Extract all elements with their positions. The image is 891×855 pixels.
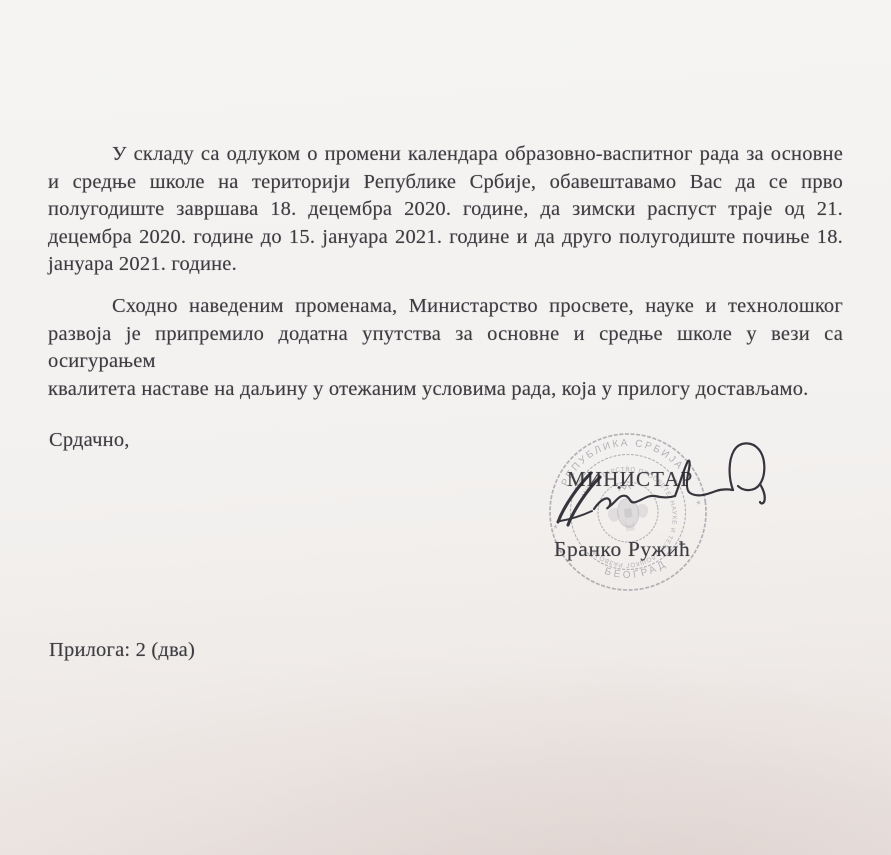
paragraph-line: Сходно наведеним променама, Министарство… [48,293,843,321]
signature-stroke [558,473,591,522]
paragraph-calendar-change: У складу са одлуком о промени календара … [48,141,843,279]
minister-signature [548,432,788,557]
attachments-note: Прилога: 2 (два) [49,637,195,665]
signature-stroke [760,484,765,503]
paragraph-line: квалитета наставе на даљину у отежаним у… [48,376,843,404]
signature-dot [618,486,621,489]
paragraph-additional-instructions: Сходно наведеним променама, Министарство… [48,293,843,403]
paragraph-line: развоја је припремило додатна упутства з… [48,321,843,376]
closing-salutation: Срдачно, [49,427,130,455]
paragraph-line: У складу са одлуком о промени календара … [48,141,843,169]
signature-stroke [730,443,765,490]
paragraph-line: полугодиште завршава 18. децембра 2020. … [48,196,843,224]
signature-stroke [560,511,592,521]
paragraph-line: и средње школе на територији Републике С… [48,169,843,197]
paragraph-line: јануара 2021. године. [48,251,843,279]
signature-stroke [675,461,733,496]
paragraph-line: децембра 2020. године до 15. јануара 202… [48,224,843,252]
letter-page: У складу са одлуком о промени календара … [0,0,891,855]
signature-stroke [594,496,675,509]
